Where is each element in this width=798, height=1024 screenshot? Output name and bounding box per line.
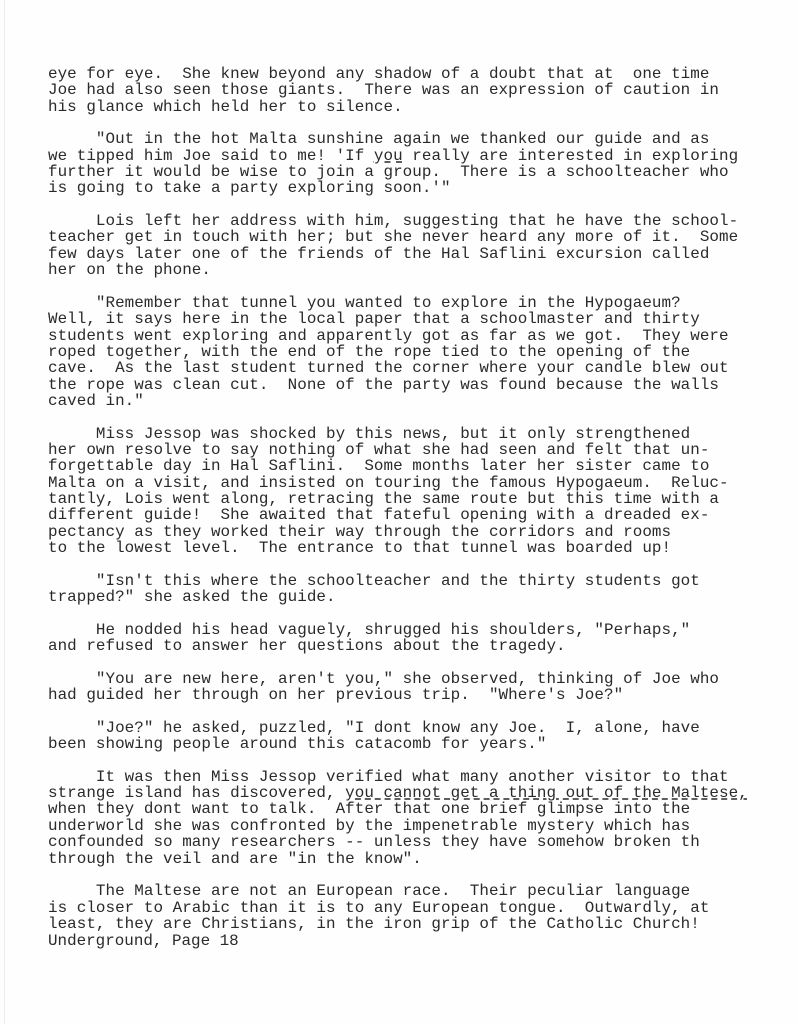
text-line: "You are new here, aren't you," she obse… [48,671,778,687]
text-line: Miss Jessop was shocked by this news, bu… [48,426,778,442]
text-line: eye for eye. She knew beyond any shadow … [48,66,778,82]
text-line: cave. As the last student turned the cor… [48,360,778,376]
text-line: pectancy as they worked their way throug… [48,524,778,540]
text-line: through the veil and are "in the know". [48,851,778,867]
text-line: Malta on a visit, and insisted on tourin… [48,475,778,491]
text-line: underworld she was confronted by the imp… [48,818,778,834]
text-line: Well, it says here in the local paper th… [48,311,778,327]
paragraph: Miss Jessop was shocked by this news, bu… [48,426,778,557]
text-line: we tipped him Joe said to me! 'If you re… [48,148,778,164]
text-line: "Remember that tunnel you wanted to expl… [48,295,778,311]
text-line: "Out in the hot Malta sunshine again we … [48,131,778,147]
text-line: confounded so many researchers -- unless… [48,834,778,850]
paragraph: "Out in the hot Malta sunshine again we … [48,131,778,196]
text-line: least, they are Christians, in the iron … [48,916,778,932]
text-line: been showing people around this catacomb… [48,736,778,752]
paragraph: Lois left her address with him, suggesti… [48,213,778,278]
paragraph: "Joe?" he asked, puzzled, "I dont know a… [48,720,778,753]
text-line: had guided her through on her previous t… [48,687,778,703]
text-line: forgettable day in Hal Saflini. Some mon… [48,458,778,474]
paragraph: "You are new here, aren't you," she obse… [48,671,778,704]
paragraph: The Maltese are not an European race. Th… [48,883,778,932]
text-line: "Isn't this where the schoolteacher and … [48,573,778,589]
text-line: different guide! She awaited that fatefu… [48,507,778,523]
text-line: few days later one of the friends of the… [48,246,778,262]
text-line: further it would be wise to join a group… [48,164,778,180]
text-line: his glance which held her to silence. [48,99,778,115]
text-line: students went exploring and apparently g… [48,328,778,344]
paragraph: It was then Miss Jessop verified what ma… [48,769,778,867]
underlined-text: you cannot get a thing out of the Maltes… [345,784,748,802]
text-line: and refused to answer her questions abou… [48,638,778,654]
paragraph: "Isn't this where the schoolteacher and … [48,573,778,606]
text-line: is closer to Arabic than it is to any Eu… [48,900,778,916]
text-line: her on the phone. [48,262,778,278]
underlined-text: you [374,147,403,165]
text-line: It was then Miss Jessop verified what ma… [48,769,778,785]
paragraph: He nodded his head vaguely, shrugged his… [48,622,778,655]
text-line: caved in." [48,393,778,409]
text-line: strange island has discovered, you canno… [48,785,778,801]
text-line: trapped?" she asked the guide. [48,589,778,605]
text-line: Joe had also seen those giants. There wa… [48,82,778,98]
text-line: roped together, with the end of the rope… [48,344,778,360]
text-line: tantly, Lois went along, retracing the s… [48,491,778,507]
text-line: He nodded his head vaguely, shrugged his… [48,622,778,638]
paragraph: "Remember that tunnel you wanted to expl… [48,295,778,409]
text-line: teacher get in touch with her; but she n… [48,229,778,245]
paragraph: eye for eye. She knew beyond any shadow … [48,66,778,115]
text-line: her own resolve to say nothing of what s… [48,442,778,458]
page-footer: Underground, Page 18 [48,933,239,949]
text-line: The Maltese are not an European race. Th… [48,883,778,899]
document-page: eye for eye. She knew beyond any shadow … [0,0,798,1024]
text-line: the rope was clean cut. None of the part… [48,377,778,393]
page-edge [4,0,5,1024]
text-line: is going to take a party exploring soon.… [48,180,778,196]
text-line: "Joe?" he asked, puzzled, "I dont know a… [48,720,778,736]
text-line: when they dont want to talk. After that … [48,801,778,817]
body-text: eye for eye. She knew beyond any shadow … [48,66,778,949]
text-line: Lois left her address with him, suggesti… [48,213,778,229]
text-line: to the lowest level. The entrance to tha… [48,540,778,556]
